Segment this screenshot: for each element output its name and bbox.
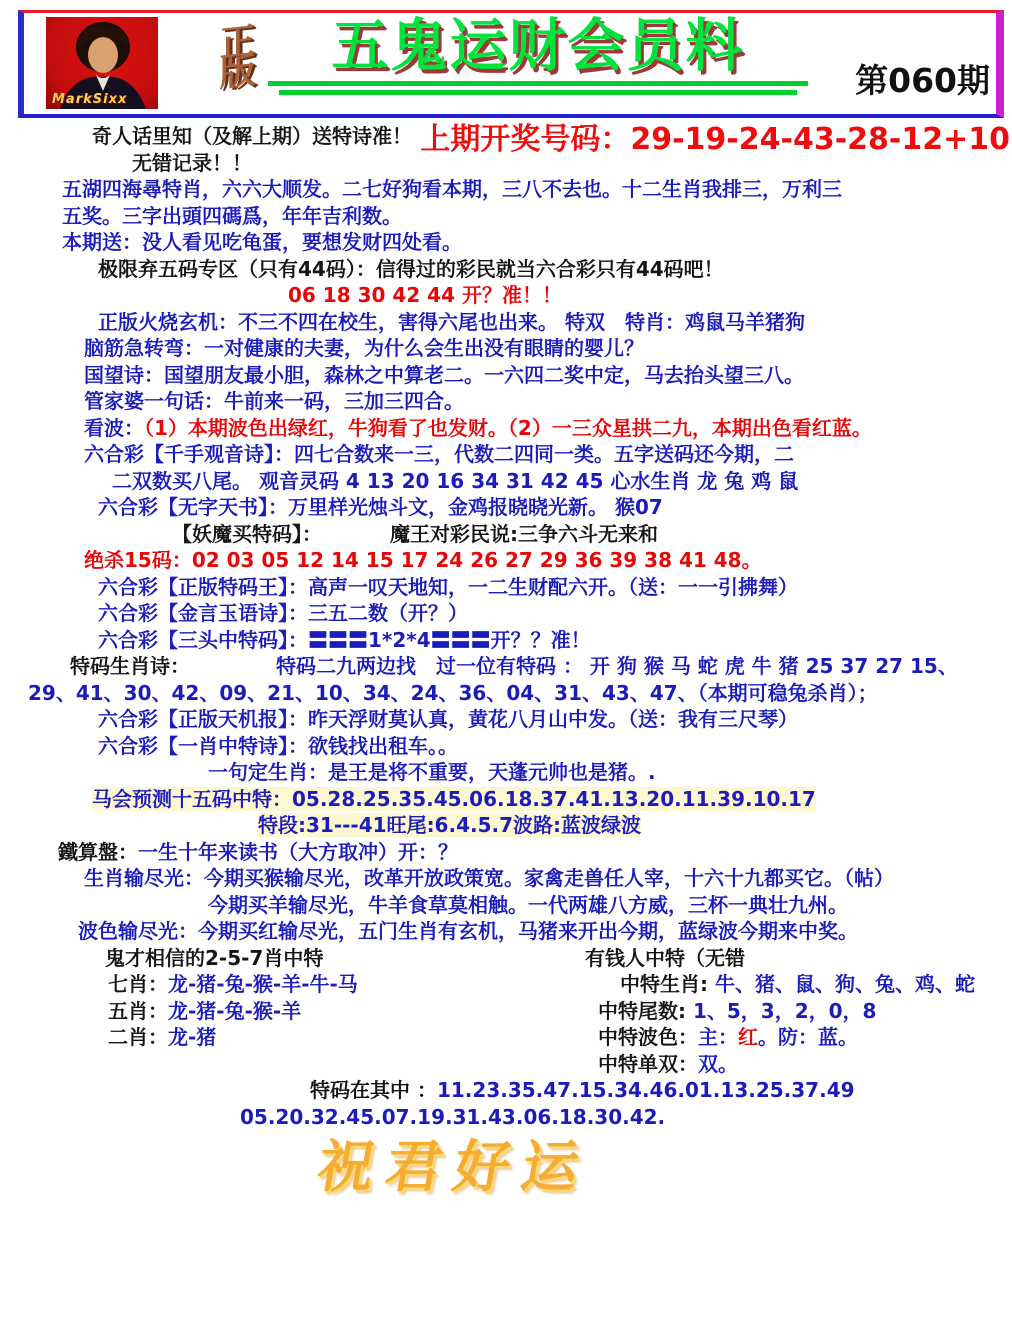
guanjiapo-line: 管家婆一句话：牛前来一码，三加三四合。 bbox=[0, 388, 1012, 415]
poem-line-1: 五湖四海尋特肖，六六大顺发。二七好狗看本期，三八不去也。十二生肖我排三，万利三 bbox=[0, 176, 1012, 203]
kanbo-line: 看波：（1）本期波色出绿红，牛狗看了也发财。（2）一三众星拱二九，本期出色看红蓝… bbox=[0, 415, 1012, 442]
jinyan-line: 六合彩【金言玉语诗】：三五二数（开？） bbox=[0, 600, 1012, 627]
zhongte-weishu-label: 中特尾数: bbox=[598, 999, 686, 1023]
zhongte-bose-mid: 。防： bbox=[758, 1025, 818, 1049]
huoshao-line: 正版火烧玄机：不三不四在校生，害得六尾也出来。 特双 特肖：鸡鼠马羊猪狗 bbox=[0, 309, 1012, 336]
col-row-1: 七肖：龙-猪-兔-猴-羊-牛-马 中特生肖: 牛、猪、鼠、狗、兔、鸡、蛇 bbox=[0, 971, 1012, 998]
yixiao-line: 六合彩【一肖中特诗】：欲钱找出租车。。 bbox=[0, 733, 1012, 760]
title-block: 五鬼运财会员料 bbox=[268, 13, 808, 95]
qianshou-line-1: 六合彩【千手观音诗】：四七合数来一三，代数二四同一类。五字送码还今期，二 bbox=[0, 441, 1012, 468]
intro-line-2: 无错记录！！ bbox=[0, 150, 412, 177]
shujin-line-1: 生肖输尽光：今期买猴输尽光，改革开放政策宽。家禽走兽任人宰，十六十九都买它。（帖… bbox=[0, 865, 1012, 892]
tema-label: 特码在其中 ： bbox=[310, 1078, 437, 1102]
tianji-line: 六合彩【正版天机报】：昨天浮财莫认真，黄花八月山中发。（送：我有三尺琴） bbox=[0, 706, 1012, 733]
erxiao-label: 二肖： bbox=[108, 1025, 168, 1049]
zhongte-danshuang-value: 双。 bbox=[698, 1052, 738, 1076]
zhongte-weishu-line: 中特尾数: 1、5，3，2，0，8 bbox=[578, 998, 876, 1025]
shengxiao-text: 特码二九两边找 过一位有特码 ： 开 狗 猴 马 蛇 虎 牛 猪 25 37 2… bbox=[276, 654, 958, 678]
yaomo-text: 魔王对彩民说:三争六斗无来和 bbox=[390, 522, 658, 546]
last-draw-numbers: 上期开奖号码：29-19-24-43-28-12+10 bbox=[420, 123, 1012, 157]
qianshou-line-2: 二双数买八尾。 观音灵码 4 13 20 16 34 31 42 45 心水生肖… bbox=[0, 468, 1012, 495]
zhongte-bose-end: 。 bbox=[838, 1025, 858, 1049]
erxiao-value: 龙-猪 bbox=[168, 1025, 216, 1049]
wuzi-line: 六合彩【无字天书】：万里样光烛斗文，金鸡报晓晓光新。 猴07 bbox=[0, 494, 1012, 521]
col-row-4: 中特单双：双。 bbox=[0, 1051, 1012, 1078]
wuxiao-line: 五肖：龙-猪-兔-猴-羊 bbox=[0, 998, 578, 1025]
jixian-codes: 06 18 30 42 44 开？准！！ bbox=[0, 282, 1012, 309]
santou-line: 六合彩【三头中特码】：〓〓〓1*2*4〓〓〓开？？准！ bbox=[0, 627, 1012, 654]
zhongte-bose-blue: 蓝 bbox=[818, 1025, 838, 1049]
wuxiao-value: 龙-猪-兔-猴-羊 bbox=[168, 999, 301, 1023]
guicai-header: 鬼才相信的2-5-7肖中特 bbox=[105, 946, 323, 970]
title-underline bbox=[268, 81, 808, 86]
naojin-line: 脑筋急转弯：一对健康的夫妻，为什么会生出没有眼睛的婴儿？ bbox=[0, 335, 1012, 362]
guowang-line: 国望诗：国望朋友最小胆，森林之中算老二。一六四二奖中定，马去抬头望三八。 bbox=[0, 362, 1012, 389]
qixiao-line: 七肖：龙-猪-兔-猴-羊-牛-马 bbox=[0, 971, 578, 998]
juesha-line: 绝杀15码：02 03 05 12 14 15 17 24 26 27 29 3… bbox=[0, 547, 1012, 574]
mahui-line: 马会预测十五码中特：05.28.25.35.45.06.18.37.41.13.… bbox=[0, 786, 1012, 813]
tiesuan-text: 一生十年来读书（大方取冲）开：？ bbox=[138, 840, 458, 864]
zhongte-bose-red: 红 bbox=[738, 1025, 758, 1049]
zhongte-bose-label: 中特波色： bbox=[598, 1025, 698, 1049]
qixiao-value: 龙-猪-兔-猴-羊-牛-马 bbox=[168, 972, 358, 996]
erxiao-line: 二肖：龙-猪 bbox=[0, 1024, 578, 1051]
intro-line-1: 奇人话里知（及解上期）送特诗准！ bbox=[0, 123, 412, 150]
jixian-line: 极限弃五码专区（只有44码）：信得过的彩民就当六合彩只有44码吧！ bbox=[0, 256, 1012, 283]
page-title: 五鬼运财会员料 bbox=[332, 15, 745, 78]
tewang-line: 六合彩【正版特码王】：高声一叹天地知，一二生财配六开。（送：一一引拂舞） bbox=[0, 574, 1012, 601]
zhongte-bose-zhu: 主： bbox=[698, 1025, 738, 1049]
zhongte-shengxiao-value: 牛、猪、鼠、狗、兔、鸡、蛇 bbox=[715, 972, 975, 996]
col-left-empty bbox=[0, 1051, 578, 1078]
content: 奇人话里知（及解上期）送特诗准！ 无错记录！！ 上期开奖号码：29-19-24-… bbox=[0, 118, 1012, 1201]
yaomo-label: 【妖魔买特码】： bbox=[172, 522, 322, 546]
poem-line-2: 五奖。三字出頭四碼爲，年年吉利数。 bbox=[0, 203, 1012, 230]
tiesuan-line: 鐵算盤：一生十年来读书（大方取冲）开：？ bbox=[0, 839, 1012, 866]
benqisong-line: 本期送：没人看见吃龟蛋，要想发财四处看。 bbox=[0, 229, 1012, 256]
shengxiao-line-2: 29、41、30、42、09、21、10、34、24、36、04、31、43、4… bbox=[0, 680, 1012, 707]
kanbo-text: （1）本期波色出绿红，牛狗看了也发财。（2）一三众星拱二九，本期出色看红蓝。 bbox=[144, 416, 872, 440]
zhongte-bose-line: 中特波色：主：红。防：蓝。 bbox=[578, 1024, 858, 1051]
edition-badge: 正版 bbox=[216, 21, 252, 85]
qixiao-label: 七肖： bbox=[108, 972, 168, 996]
zhongte-danshuang-label: 中特单双： bbox=[598, 1052, 698, 1076]
kanbo-label: 看波： bbox=[84, 416, 144, 440]
two-column-headers: 鬼才相信的2-5-7肖中特 有钱人中特（无错 bbox=[0, 945, 1012, 972]
col-row-2: 五肖：龙-猪-兔-猴-羊 中特尾数: 1、5，3，2，0，8 bbox=[0, 998, 1012, 1025]
tema-line-2: 05.20.32.45.07.19.31.43.06.18.30.42. bbox=[0, 1104, 1012, 1131]
zhongte-weishu-value: 1、5，3，2，0，8 bbox=[693, 999, 877, 1023]
intro-block: 奇人话里知（及解上期）送特诗准！ 无错记录！！ bbox=[0, 123, 412, 176]
zhongte-danshuang-line: 中特单双：双。 bbox=[578, 1051, 738, 1078]
good-luck-watermark: 祝君好运 bbox=[312, 1134, 596, 1201]
tema-numbers-1: 11.23.35.47.15.34.46.01.13.25.37.49 bbox=[437, 1078, 855, 1102]
header: MarkSixx 正版 五鬼运财会员料 第060期 bbox=[18, 10, 1004, 118]
photo-caption: MarkSixx bbox=[52, 92, 127, 107]
lottery-tip-sheet: MarkSixx 正版 五鬼运财会员料 第060期 奇人话里知（及解上期）送特诗… bbox=[0, 0, 1012, 1321]
zhongte-shengxiao-line: 中特生肖: 牛、猪、鼠、狗、兔、鸡、蛇 bbox=[578, 971, 975, 998]
tiesuan-label: 鐵算盤： bbox=[58, 840, 138, 864]
yiju-line: 一句定生肖：是王是将不重要，天蓬元帅也是猪。. bbox=[0, 759, 1012, 786]
mahui-text: 马会预测十五码中特：05.28.25.35.45.06.18.37.41.13.… bbox=[92, 787, 816, 811]
wuxiao-label: 五肖： bbox=[108, 999, 168, 1023]
zhongte-shengxiao-label: 中特生肖: bbox=[620, 972, 708, 996]
teduan-text: 特段:31---41旺尾:6.4.5.7波路:蓝波绿波 bbox=[258, 813, 641, 837]
intro-row: 奇人话里知（及解上期）送特诗准！ 无错记录！！ 上期开奖号码：29-19-24-… bbox=[0, 123, 1012, 176]
title-underline bbox=[279, 90, 797, 95]
shengxiao-line-1: 特码生肖诗：特码二九两边找 过一位有特码 ： 开 狗 猴 马 蛇 虎 牛 猪 2… bbox=[0, 653, 1012, 680]
youqian-header: 有钱人中特（无错 bbox=[585, 945, 745, 972]
bose-line: 波色输尽光：今期买红输尽光，五门生肖有玄机，马猪来开出今期，蓝绿波今期来中奖。 bbox=[0, 918, 1012, 945]
yaomo-line: 【妖魔买特码】：魔王对彩民说:三争六斗无来和 bbox=[0, 521, 1012, 548]
shujin-line-2: 今期买羊输尽光，牛羊食草莫相触。一代两雄八方威，三杯一典壮九州。 bbox=[0, 892, 1012, 919]
teduan-line: 特段:31---41旺尾:6.4.5.7波路:蓝波绿波 bbox=[0, 812, 1012, 839]
shengxiao-label: 特码生肖诗： bbox=[70, 654, 190, 678]
issue-number: 第060期 bbox=[855, 55, 990, 102]
col-row-3: 二肖：龙-猪 中特波色：主：红。防：蓝。 bbox=[0, 1024, 1012, 1051]
portrait-photo: MarkSixx bbox=[46, 17, 158, 109]
tema-line-1: 特码在其中 ：11.23.35.47.15.34.46.01.13.25.37.… bbox=[0, 1077, 1012, 1104]
